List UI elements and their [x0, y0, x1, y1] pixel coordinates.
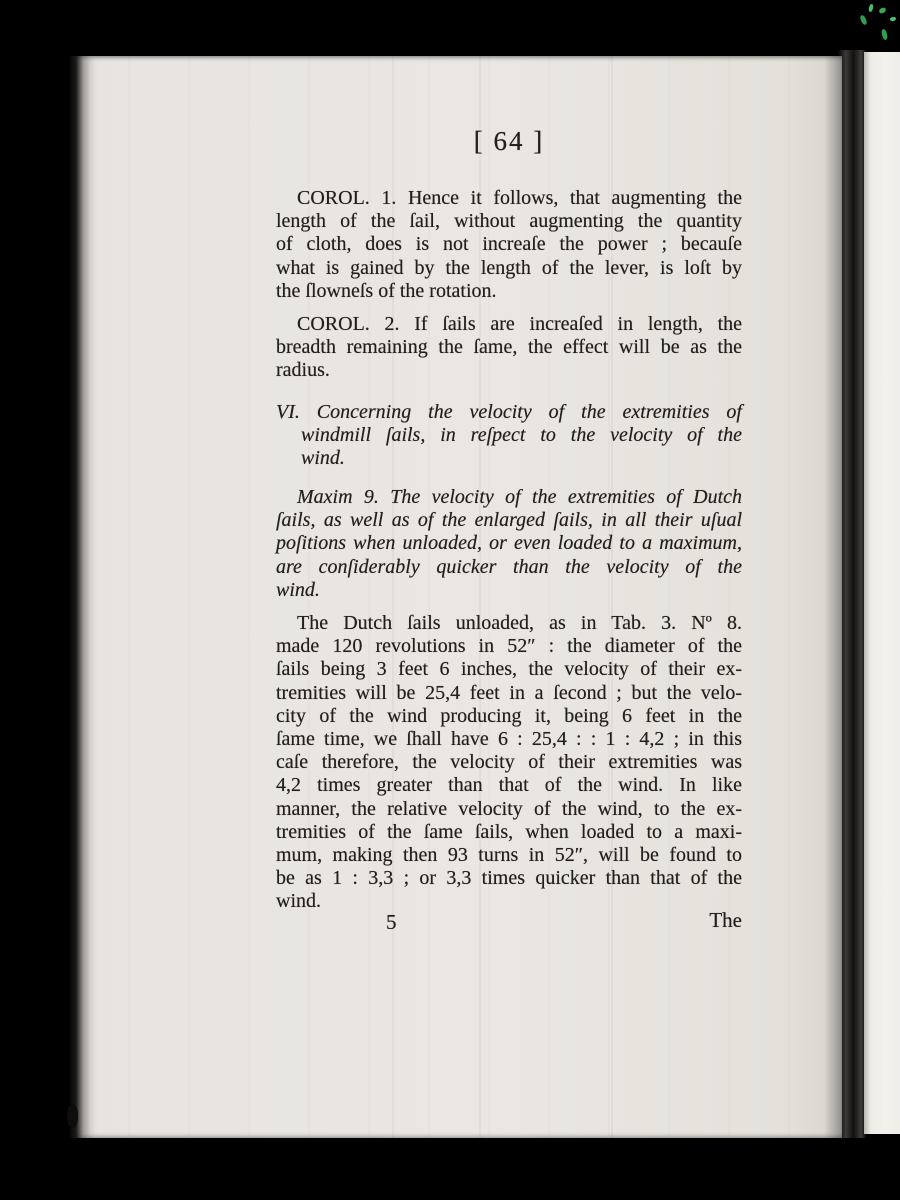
text-line: COROL. 2. If ſails are increaſed in leng…	[276, 313, 742, 336]
text-line: 4,2 times greater than that of the wind.…	[276, 774, 742, 797]
text-line: caſe therefore, the velocity of their ex…	[276, 751, 742, 774]
text-line: tremities of the ſame ſails, when loaded…	[276, 821, 742, 844]
green-speck-icon	[881, 29, 889, 41]
text-line: COROL. 1. Hence it follows, that augment…	[276, 187, 742, 210]
page-number-header: [ 64 ]	[276, 126, 742, 157]
text-line: city of the wind producing it, being 6 f…	[276, 705, 742, 728]
text-line: manner, the relative velocity of the win…	[276, 798, 742, 821]
text-line: tremities will be 25,4 feet in a ſecond …	[276, 682, 742, 705]
text-line: The Dutch ſails unloaded, as in Tab. 3. …	[276, 612, 742, 635]
paragraph-corollary-2: COROL. 2. If ſails are increaſed in leng…	[276, 313, 742, 383]
paragraph-body: The Dutch ſails unloaded, as in Tab. 3. …	[276, 612, 742, 913]
paragraph-maxim-9: Maxim 9. The velocity of the extremities…	[276, 486, 742, 602]
book-gutter-shadow	[838, 50, 866, 1138]
adjacent-page-edge	[864, 52, 900, 1134]
signature-mark: 5	[386, 909, 397, 935]
text-line: ſails, as well as of the enlarged ſails,…	[276, 509, 742, 532]
scan-background: [ 64 ] COROL. 1. Hence it follows, that …	[0, 0, 900, 1200]
green-speck-icon	[878, 7, 887, 15]
text-line: Maxim 9. The velocity of the extremities…	[276, 486, 742, 509]
text-line: mum, making then 93 turns in 52″, will b…	[276, 844, 742, 867]
green-speck-icon	[890, 16, 897, 21]
catchword: The	[709, 907, 742, 933]
text-line: made 120 revolutions in 52″ : the diamet…	[276, 635, 742, 658]
green-speck-icon	[859, 14, 868, 25]
footer-row: 5 The	[276, 907, 742, 933]
text-line: what is gained by the length of the leve…	[276, 257, 742, 280]
text-line: wind.	[276, 579, 742, 602]
section-vi-heading: VI. Concerning the velocity of the extre…	[276, 401, 742, 471]
text-line: windmill ſails, in reſpect to the veloci…	[276, 424, 742, 447]
text-line: be as 1 : 3,3 ; or 3,3 times quicker tha…	[276, 867, 742, 890]
text-line: breadth remaining the ſame, the effect w…	[276, 336, 742, 359]
text-line: poſitions when unloaded, or even loaded …	[276, 532, 742, 555]
book-page: [ 64 ] COROL. 1. Hence it follows, that …	[70, 56, 842, 1138]
text-line: radius.	[276, 359, 742, 382]
text-line: ſame time, we ſhall have 6 : 25,4 : : 1 …	[276, 728, 742, 751]
text-line: the ſlowneſs of the rotation.	[276, 280, 742, 303]
text-line: are conſiderably quicker than the veloci…	[276, 556, 742, 579]
text-line: wind.	[276, 447, 742, 470]
green-speck-icon	[868, 4, 874, 13]
page-edge-blemish	[67, 1104, 78, 1128]
text-line: length of the ſail, without augmenting t…	[276, 210, 742, 233]
text-line: VI. Concerning the velocity of the extre…	[276, 401, 742, 424]
paragraph-corollary-1: COROL. 1. Hence it follows, that augment…	[276, 187, 742, 303]
text-line: ſails being 3 feet 6 inches, the velocit…	[276, 658, 742, 681]
text-line: of cloth, does is not increaſe the power…	[276, 233, 742, 256]
